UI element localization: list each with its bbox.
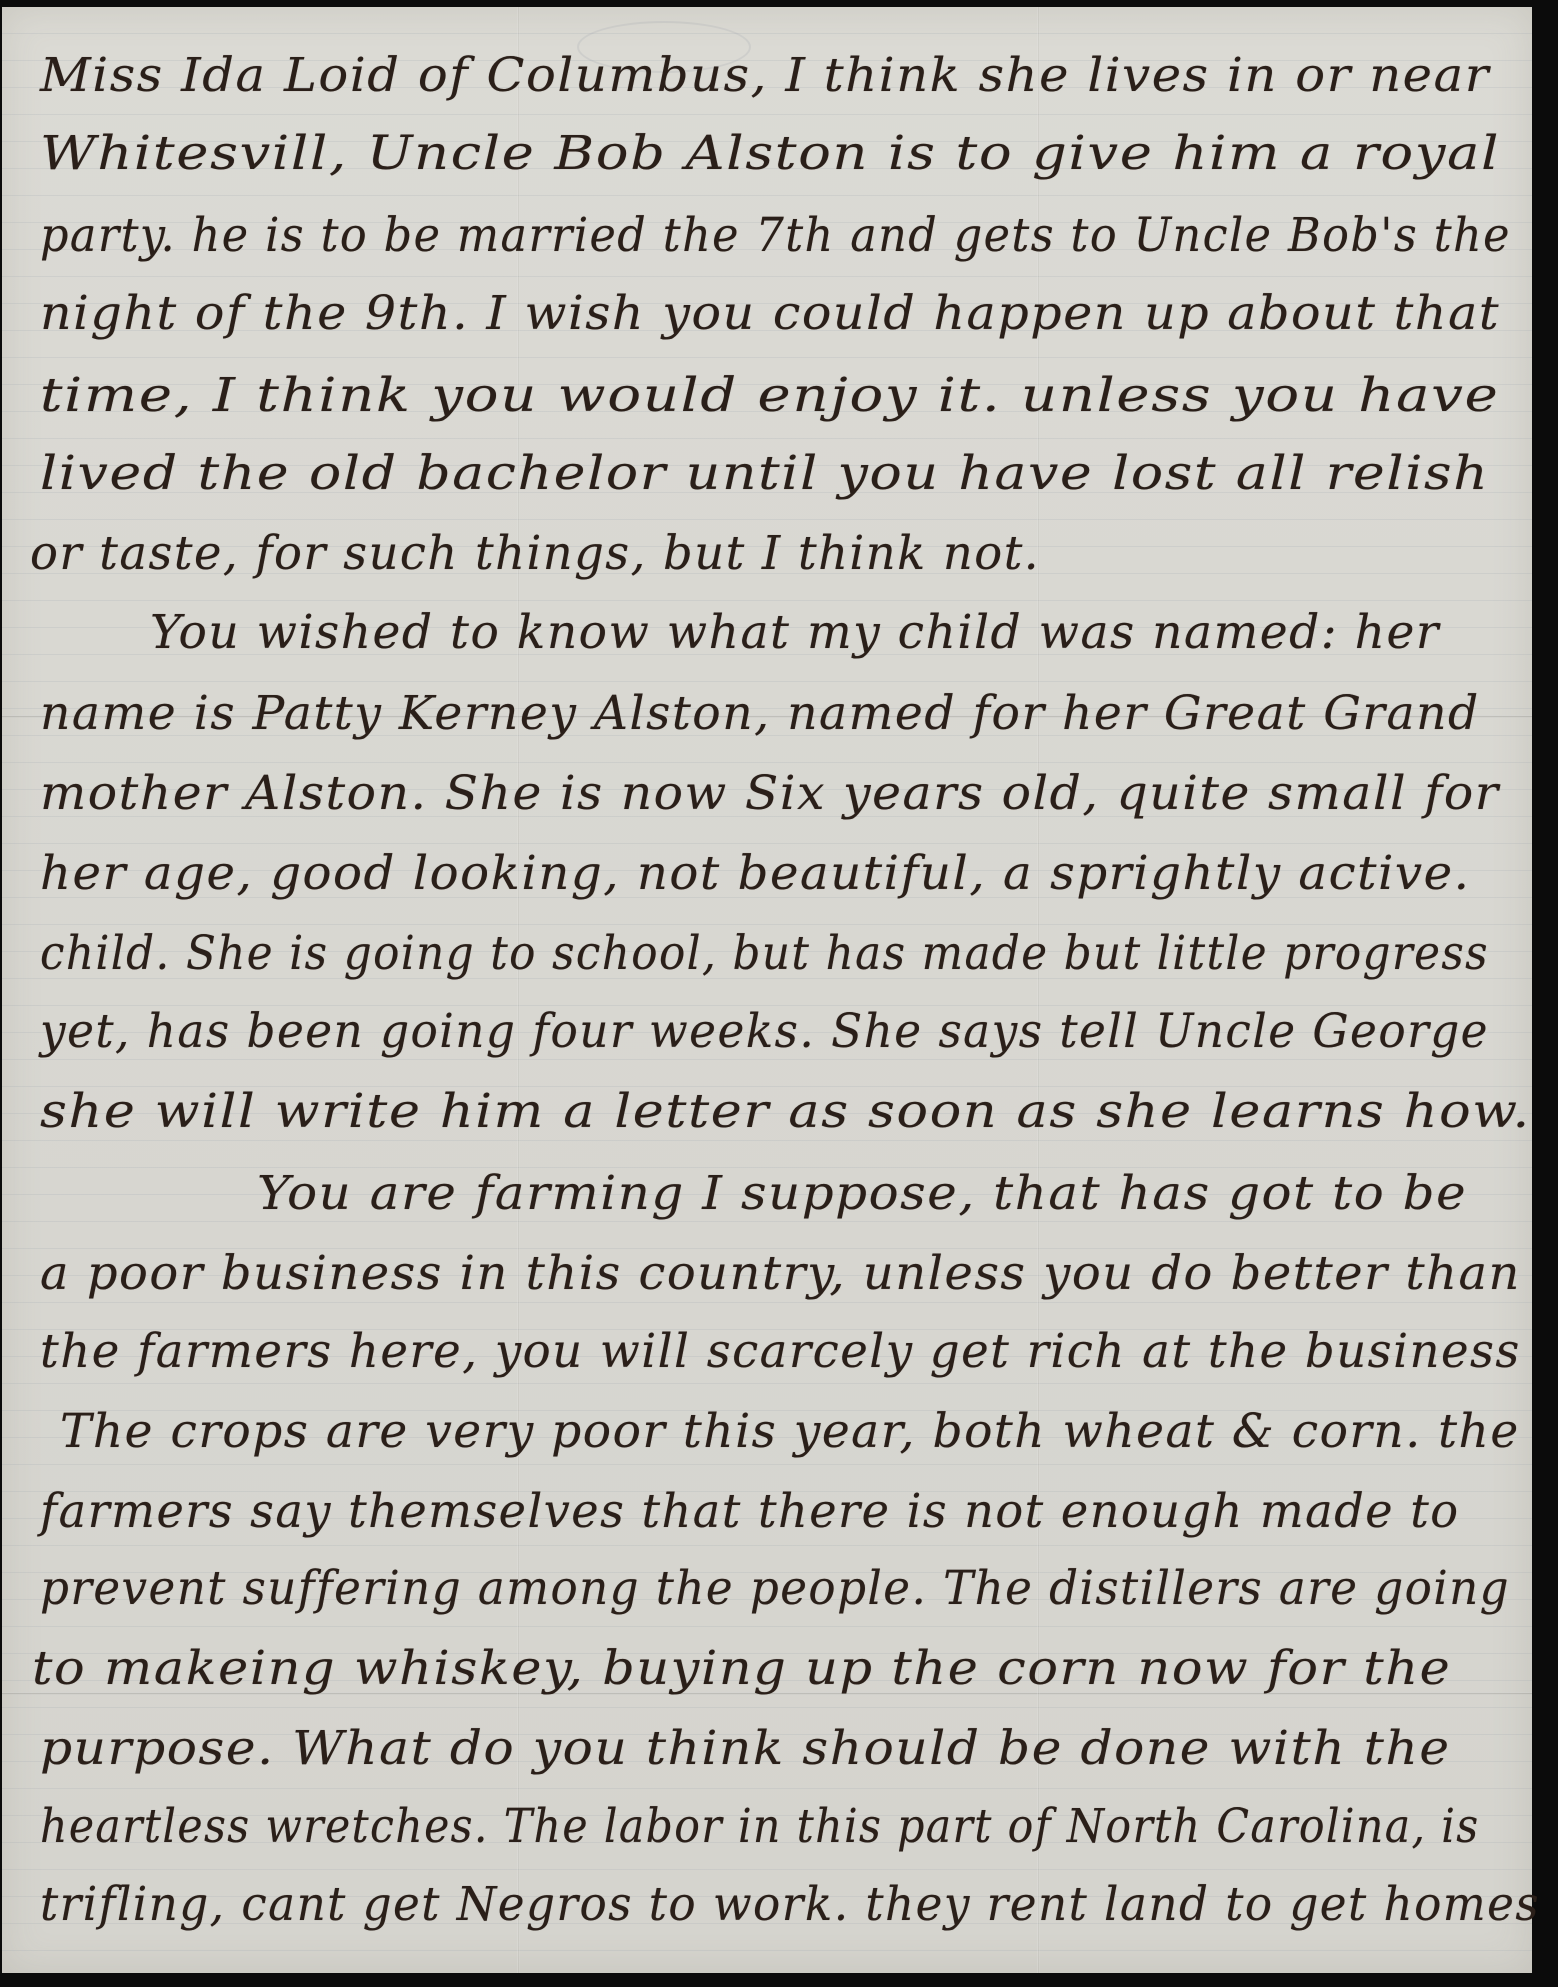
- handwritten-line: purpose. What do you think should be don…: [40, 1721, 1451, 1776]
- handwritten-line: yet, has been going four weeks. She says…: [40, 1004, 1489, 1059]
- handwritten-line: name is Patty Kerney Alston, named for h…: [40, 686, 1480, 741]
- letter-page: Miss Ida Loid of Columbus, I think she l…: [2, 7, 1532, 1973]
- handwritten-line: prevent suffering among the people. The …: [40, 1561, 1510, 1616]
- handwritten-line: You are farming I suppose, that has got …: [257, 1166, 1467, 1221]
- handwritten-line: You wished to know what my child was nam…: [150, 605, 1440, 660]
- handwritten-line: party. he is to be married the 7th and g…: [40, 208, 1511, 263]
- handwritten-line: or taste, for such things, but I think n…: [30, 526, 1040, 581]
- handwritten-line: she will write him a letter as soon as s…: [40, 1084, 1531, 1139]
- handwritten-line: the farmers here, you will scarcely get …: [40, 1324, 1521, 1379]
- handwritten-line: mother Alston. She is now Six years old,…: [40, 766, 1500, 821]
- letter-body: Miss Ida Loid of Columbus, I think she l…: [2, 7, 1532, 1973]
- handwritten-line: farmers say themselves that there is not…: [40, 1484, 1460, 1539]
- handwritten-line: Whitesvill, Uncle Bob Alston is to give …: [40, 126, 1500, 181]
- handwritten-line: The crops are very poor this year, both …: [60, 1404, 1520, 1459]
- handwritten-line: heartless wretches. The labor in this pa…: [40, 1799, 1480, 1854]
- handwritten-line: trifling, cant get Negros to work. they …: [40, 1877, 1540, 1932]
- handwritten-line: a poor business in this country, unless …: [40, 1246, 1521, 1301]
- scan-background: Miss Ida Loid of Columbus, I think she l…: [0, 0, 1558, 1987]
- handwritten-line: lived the old bachelor until you have lo…: [40, 446, 1489, 501]
- handwritten-line: time, I think you would enjoy it. unless…: [40, 368, 1500, 423]
- handwritten-line: night of the 9th. I wish you could happe…: [40, 286, 1500, 341]
- handwritten-line: her age, good looking, not beautiful, a …: [40, 846, 1470, 901]
- handwritten-line: to makeing whiskey, buying up the corn n…: [32, 1641, 1451, 1696]
- handwritten-line: Miss Ida Loid of Columbus, I think she l…: [40, 48, 1490, 103]
- handwritten-line: child. She is going to school, but has m…: [40, 926, 1489, 981]
